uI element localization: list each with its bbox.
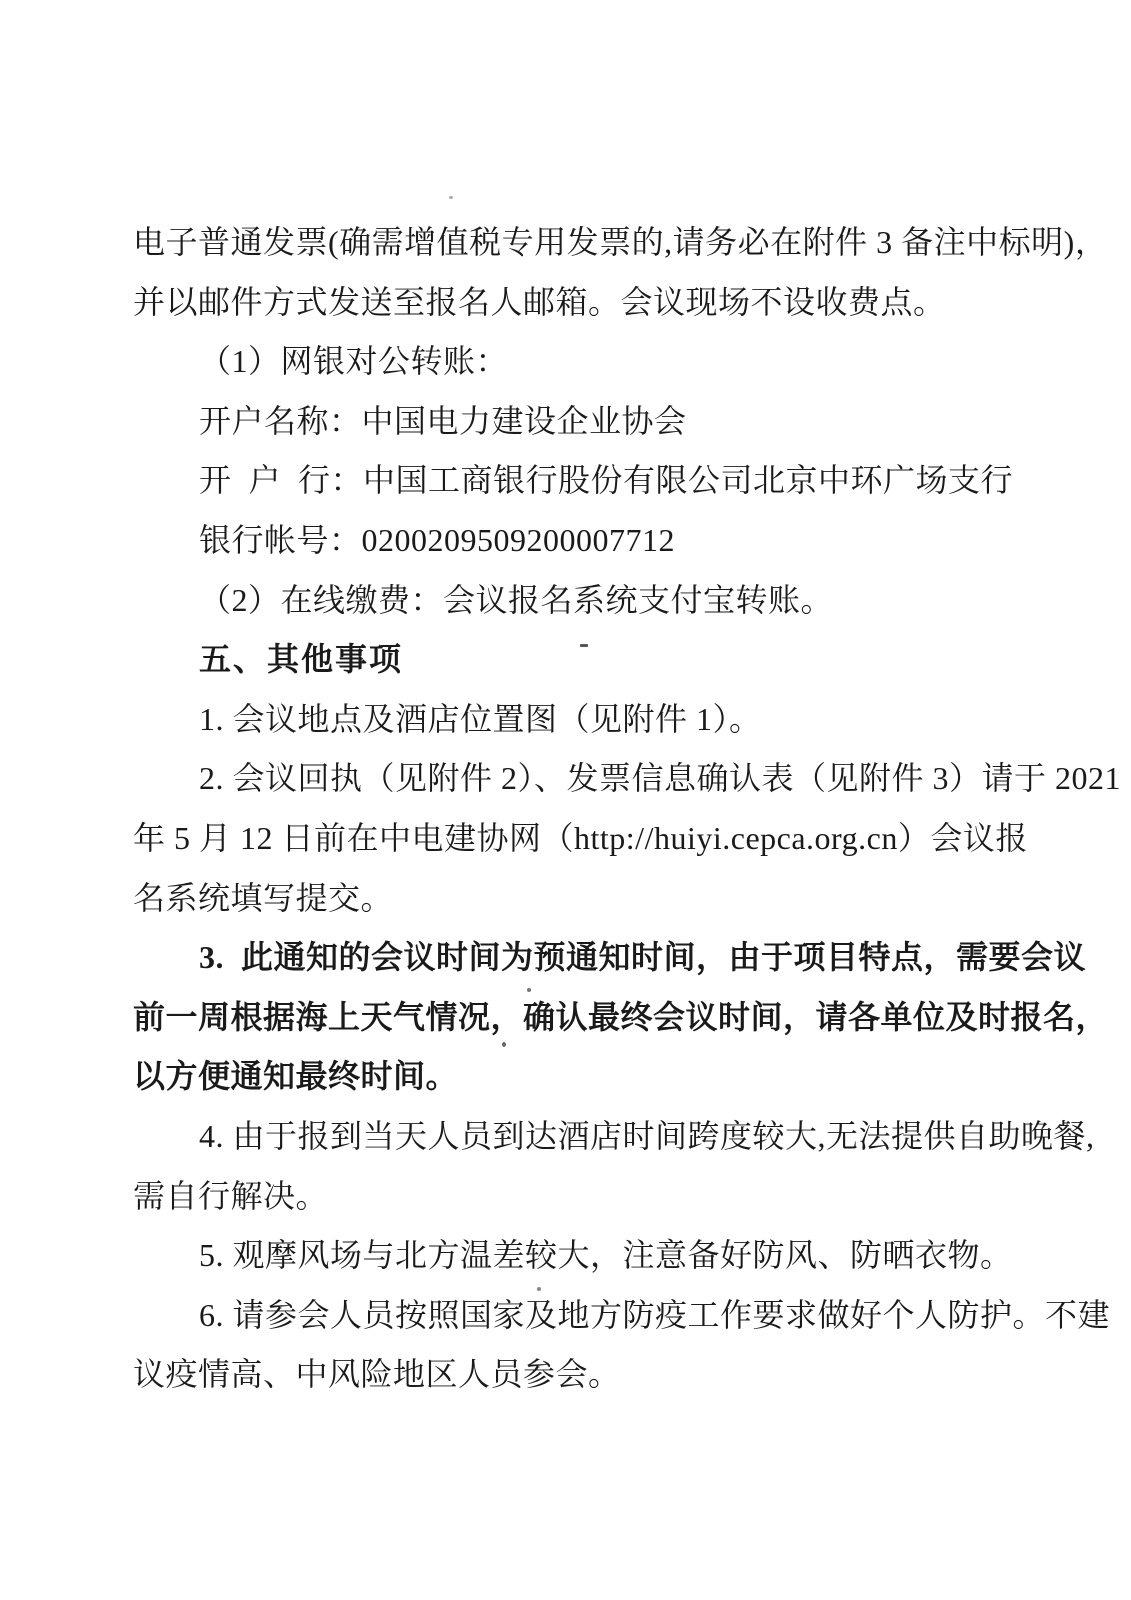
scan-speck (449, 196, 453, 199)
text-line-item-5: 5. 观摩风场与北方温差较大，注意备好防风、防晒衣物。 (133, 1226, 1073, 1286)
scan-speck (502, 1042, 506, 1047)
text-line-item-3-part-1: 3. 此通知的会议时间为预通知时间，由于项目特点，需要会议 (133, 928, 1073, 988)
text-line-item-4-part-1: 4. 由于报到当天人员到达酒店时间跨度较大,无法提供自助晚餐, (133, 1107, 1073, 1167)
text-line-payment-option-2: （2）在线缴费：会议报名系统支付宝转账。 (133, 571, 1073, 631)
text-line-item-6-part-1: 6. 请参会人员按照国家及地方防疫工作要求做好个人防护。不建 (133, 1286, 1073, 1346)
text-line-account-name: 开户名称：中国电力建设企业协会 (133, 392, 1073, 452)
text-line-item-6-part-2: 议疫情高、中风险地区人员参会。 (133, 1345, 1073, 1405)
scanned-document-page: 电子普通发票(确需增值税专用发票的,请务必在附件 3 备注中标明)， 并以邮件方… (0, 0, 1131, 1600)
text-line-payment-option-1: （1）网银对公转账： (133, 332, 1073, 392)
section-heading-other-matters: 五、其他事项 (133, 630, 1073, 690)
scan-speck (527, 988, 531, 992)
text-line-invoice-note-2: 并以邮件方式发送至报名人邮箱。会议现场不设收费点。 (133, 273, 1073, 333)
text-line-item-2-part-3: 名系统填写提交。 (133, 869, 1073, 929)
text-line-invoice-note-1: 电子普通发票(确需增值税专用发票的,请务必在附件 3 备注中标明)， (133, 213, 1073, 273)
document-text-block: 电子普通发票(确需增值税专用发票的,请务必在附件 3 备注中标明)， 并以邮件方… (133, 213, 1073, 1405)
scan-speck (580, 644, 588, 647)
text-line-bank-account-number: 银行帐号：0200209509200007712 (133, 511, 1073, 571)
text-line-item-2-url: 年 5 月 12 日前在中电建协网（http://huiyi.cepca.org… (133, 809, 1073, 869)
text-line-item-4-part-2: 需自行解决。 (133, 1167, 1073, 1227)
text-line-item-1: 1. 会议地点及酒店位置图（见附件 1）。 (133, 690, 1073, 750)
scan-speck (537, 1287, 541, 1291)
text-line-item-3-part-3: 以方便通知最终时间。 (133, 1047, 1073, 1107)
text-line-item-3-part-2: 前一周根据海上天气情况，确认最终会议时间，请各单位及时报名， (133, 988, 1073, 1048)
text-line-item-2-part-1: 2. 会议回执（见附件 2）、发票信息确认表（见附件 3）请于 2021 (133, 749, 1073, 809)
text-line-bank-name: 开 户 行：中国工商银行股份有限公司北京中环广场支行 (133, 451, 1073, 511)
